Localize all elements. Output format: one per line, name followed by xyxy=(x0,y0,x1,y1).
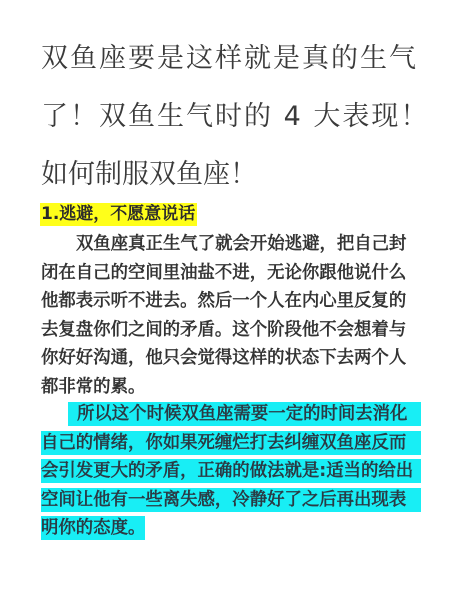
article-title-line-1: 双鱼座要是这样就是真的生气 xyxy=(41,42,441,76)
paragraph-1: 双鱼座真正生气了就会开始逃避，把自己封 闭在自己的空间里油盐不进，无论你跟他说什… xyxy=(41,230,421,402)
highlighted-line: 明你的态度。 xyxy=(41,516,145,540)
paragraph-1-line: 都非常的累。 xyxy=(41,373,421,402)
highlighted-line: 所以这个时候双鱼座需要一定的时间去消化 xyxy=(68,402,421,426)
highlighted-line: 空间让他有一些离失感，冷静好了之后再出现表 xyxy=(41,488,421,512)
paragraph-2-highlighted: 所以这个时候双鱼座需要一定的时间去消化 自己的情绪，你如果死缠烂打去纠缠双鱼座反… xyxy=(41,400,421,543)
paragraph-1-line: 你好好沟通，他只会觉得这样的状态下去两个人 xyxy=(41,344,421,373)
highlighted-line: 会引发更大的矛盾，正确的做法就是:适当的给出 xyxy=(41,459,421,483)
paragraph-1-line: 闭在自己的空间里油盐不进，无论你跟他说什么 xyxy=(41,259,421,288)
paragraph-1-line: 双鱼座真正生气了就会开始逃避，把自己封 xyxy=(41,230,421,259)
highlighted-line: 自己的情绪，你如果死缠烂打去纠缠双鱼座反而 xyxy=(41,431,421,455)
paragraph-1-line: 他都表示听不进去。然后一个人在内心里反复的 xyxy=(41,287,421,316)
paragraph-1-line: 去复盘你们之间的矛盾。这个阶段他不会想着与 xyxy=(41,316,421,345)
article-title-line-2: 了！双鱼生气时的 4 大表现！ xyxy=(41,100,441,134)
section-heading-highlighted: 1.逃避，不愿意说话 xyxy=(40,203,197,226)
article-title-line-3: 如何制服双鱼座！ xyxy=(41,158,441,192)
